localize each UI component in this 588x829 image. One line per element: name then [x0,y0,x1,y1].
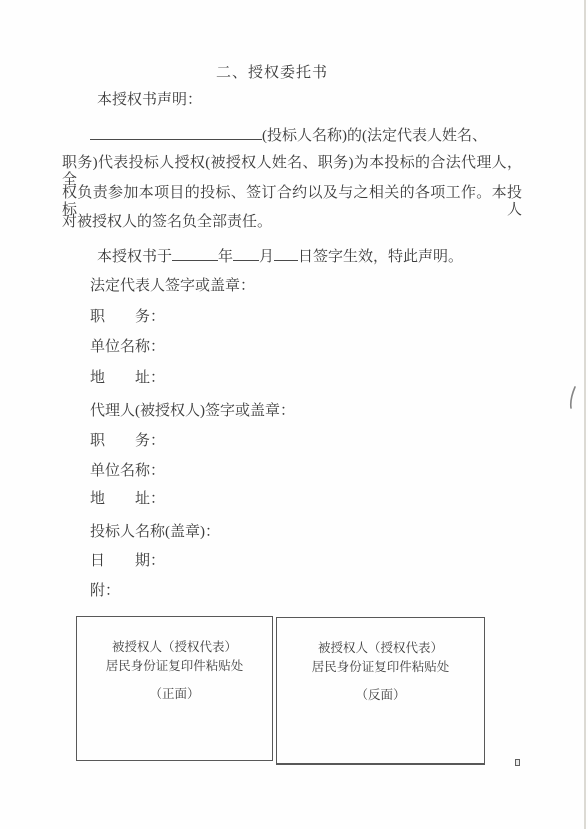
month-label: 月 [259,249,274,265]
bidder-name-blank [90,125,262,140]
field-attachment: 附： [90,583,120,600]
field-address-2: 地 址： [90,491,165,508]
field-company-name-1: 单位名称： [90,339,165,356]
scanned-document-page: 二、授权委托书 本授权书声明： (投标人名称)的(法定代表人姓名、 职务)代表投… [0,0,588,829]
id-box-front-line-1: 被授权人（授权代表） [77,638,272,657]
scan-page-edge-line [584,0,586,829]
declaration-line: 本授权书声明： [97,92,202,109]
document-title: 二、授权委托书 [0,61,544,82]
id-copy-box-back: 被授权人（授权代表） 居民身份证复印件粘贴处 （反面） [276,617,485,765]
field-position-2: 职 务： [90,433,165,450]
id-box-front-side-label: （正面） [77,685,272,704]
id-copy-box-front: 被授权人（授权代表） 居民身份证复印件粘贴处 （正面） [76,616,273,761]
day-blank [274,246,298,261]
field-agent-signature: 代理人(被授权人)签字或盖章： [90,403,295,420]
paragraph-line-4: 对被授权人的签名负全部责任。 [62,214,272,231]
id-box-back-side-label: （反面） [277,686,484,705]
field-date: 日 期： [90,553,165,570]
id-box-front-line-2: 居民身份证复印件粘贴处 [77,657,272,676]
field-position-1: 职 务： [90,309,165,326]
field-company-name-2: 单位名称： [90,463,165,480]
field-legal-rep-signature: 法定代表人签字或盖章： [90,278,255,295]
year-label: 年 [218,249,233,265]
paragraph-line-1: (投标人名称)的(法定代表人姓名、 [90,125,487,145]
month-blank [233,246,259,261]
date-line-prefix: 本授权书于 [97,249,172,265]
date-line-suffix: 日签字生效，特此声明。 [298,249,463,265]
id-box-back-line-1: 被授权人（授权代表） [277,639,484,658]
field-bidder-name-seal: 投标人名称(盖章)： [90,524,220,541]
year-blank [172,246,218,261]
pen-stroke-artifact [566,386,578,410]
scan-speck-artifact [515,759,520,766]
paragraph-line-1-text: (投标人名称)的(法定代表人姓名、 [262,128,487,144]
paragraph-line-2: 职务)代表投标人授权(被授权人姓名、职务)为本投标的合法代理人，全 [62,155,522,189]
effective-date-line: 本授权书于年月日签字生效，特此声明。 [97,246,463,266]
field-address-1: 地 址： [90,370,165,387]
id-box-back-line-2: 居民身份证复印件粘贴处 [277,658,484,677]
